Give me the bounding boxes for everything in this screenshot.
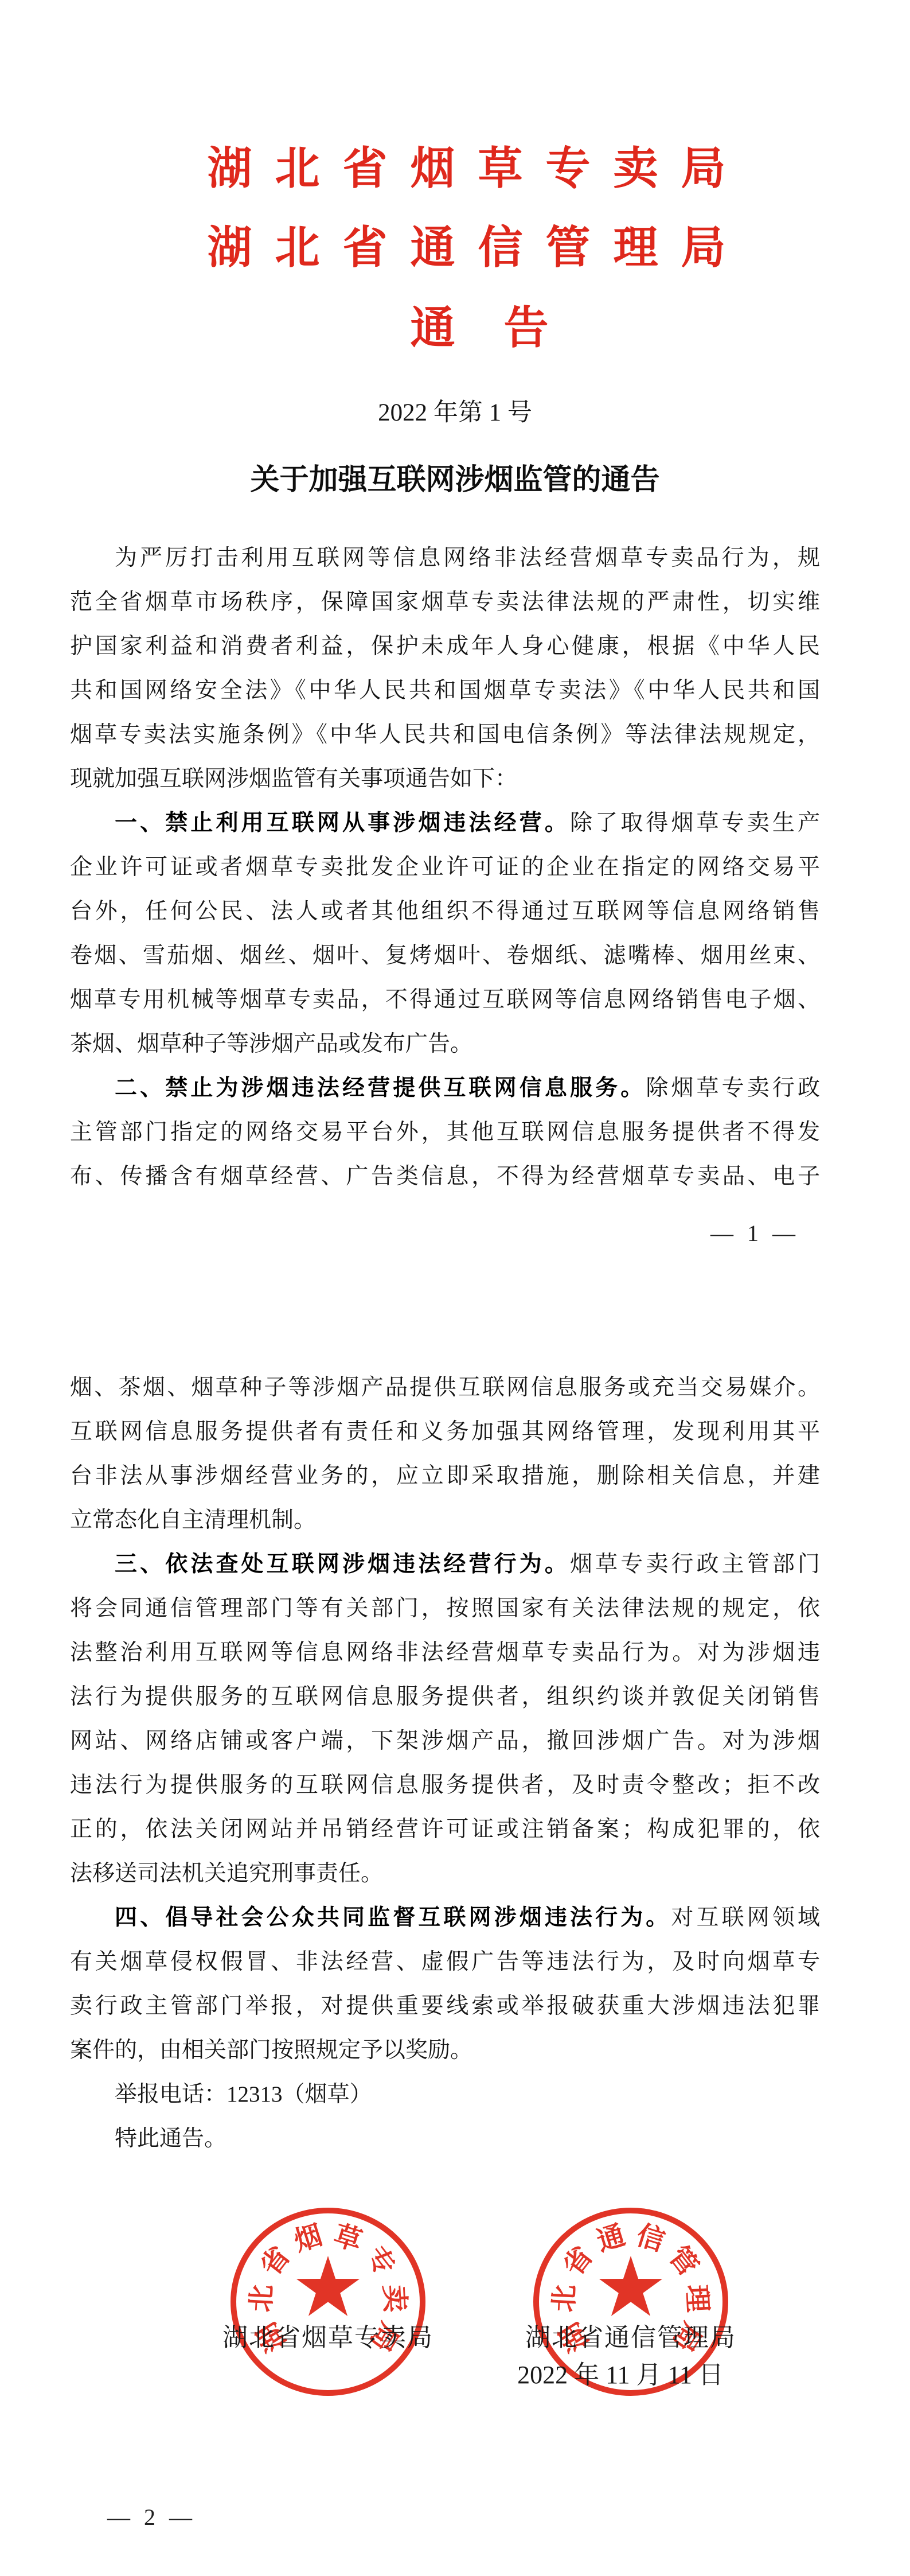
- svg-text:卖: 卖: [378, 2284, 410, 2313]
- body-line: 违法行为提供服务的互联网信息服务提供者，及时责令整改；拒不改: [70, 1763, 820, 1807]
- svg-text:北: 北: [246, 2284, 278, 2313]
- body-line: 主管部门指定的网络交易平台外，其他互联网信息服务提供者不得发: [70, 1110, 820, 1154]
- issue-date: 2022 年 11 月 11 日: [506, 2363, 735, 2388]
- closing-line: 特此通告。: [70, 2116, 820, 2161]
- star-icon: [599, 2256, 662, 2316]
- body-line: 法整治利用互联网等信息网络非法经营烟草专卖品行为。对为涉烟违: [70, 1631, 820, 1675]
- body-line: 卷烟、雪茄烟、烟丝、烟叶、复烤烟叶、卷烟纸、滤嘴棒、烟用丝束、: [70, 933, 820, 978]
- body-line: 共和国网络安全法》《中华人民共和国烟草专卖法》《中华人民共和国: [70, 668, 820, 713]
- svg-text:专: 专: [360, 2241, 401, 2281]
- body-line: 立常态化自主清理机制。: [70, 1498, 820, 1542]
- page-number-2: — 2 —: [101, 2506, 198, 2529]
- body-line: 烟草专卖法实施条例》《中华人民共和国电信条例》等法律法规规定，: [70, 713, 820, 757]
- body-line: 烟、茶烟、烟草种子等涉烟产品提供互联网信息服务或充当交易媒介。: [70, 1365, 820, 1410]
- body-line: 二、禁止为涉烟违法经营提供互联网信息服务。除烟草专卖行政: [70, 1066, 820, 1110]
- body-line: 法行为提供服务的互联网信息服务提供者，组织约谈并敦促关闭销售: [70, 1675, 820, 1719]
- body-line: 互联网信息服务提供者有责任和义务加强其网络管理，发现利用其平: [70, 1410, 820, 1454]
- body-line: 为严厉打击利用互联网等信息网络非法经营烟草专卖品行为，规: [70, 536, 820, 580]
- body-line: 茶烟、烟草种子等涉烟产品或发布广告。: [70, 1022, 820, 1066]
- body-line: 企业许可证或者烟草专卖批发企业许可证的企业在指定的网络交易平: [70, 845, 820, 889]
- document-type-title: 通告: [0, 306, 910, 351]
- issuer-title-communications: 湖北省通信管理局: [0, 225, 910, 270]
- svg-text:北: 北: [549, 2284, 580, 2313]
- body-line: 正的，依法关闭网站并吊销经营许可证或注销备案；构成犯罪的，依: [70, 1807, 820, 1851]
- body-line: 案件的，由相关部门按照规定予以奖励。: [70, 2028, 820, 2072]
- body-line: 卖行政主管部门举报，对提供重要线索或举报破获重大涉烟违法犯罪: [70, 1984, 820, 2028]
- page1-body: 为严厉打击利用互联网等信息网络非法经营烟草专卖品行为，规 范全省烟草市场秩序，保…: [70, 536, 820, 1198]
- body-line: 台非法从事涉烟经营业务的，应立即采取措施，删除相关信息，并建: [70, 1454, 820, 1498]
- signature-tobacco-bureau: 湖北省烟草专卖局: [213, 2325, 443, 2351]
- body-line: 将会同通信管理部门等有关部门，按照国家有关法律法规的规定，依: [70, 1586, 820, 1631]
- document-subject-title: 关于加强互联网涉烟监管的通告: [0, 463, 910, 498]
- notice-document: 湖北省烟草专卖局 湖北省通信管理局 通告 2022 年第 1 号 关于加强互联网…: [0, 0, 910, 2576]
- document-number: 2022 年第 1 号: [0, 398, 910, 428]
- body-line: 三、依法查处互联网涉烟违法经营行为。烟草专卖行政主管部门: [70, 1542, 820, 1586]
- svg-text:理: 理: [681, 2284, 713, 2313]
- page2-body: 烟、茶烟、烟草种子等涉烟产品提供互联网信息服务或充当交易媒介。 互联网信息服务提…: [70, 1365, 820, 2161]
- svg-text:省: 省: [558, 2241, 599, 2281]
- body-line: 护国家利益和消费者利益，保护未成年人身心健康，根据《中华人民: [70, 624, 820, 668]
- body-line: 范全省烟草市场秩序，保障国家烟草专卖法律法规的严肃性，切实维: [70, 580, 820, 624]
- body-line: 一、禁止利用互联网从事涉烟违法经营。除了取得烟草专卖生产: [70, 801, 820, 845]
- issuer-title-tobacco: 湖北省烟草专卖局: [0, 146, 910, 191]
- svg-text:省: 省: [255, 2241, 296, 2281]
- svg-text:管: 管: [663, 2241, 704, 2281]
- svg-text:信: 信: [633, 2220, 669, 2257]
- official-seal-tobacco: 湖 北 省 烟 草 专 卖 局: [225, 2201, 431, 2402]
- svg-text:草: 草: [330, 2220, 366, 2257]
- page-number-1: — 1 —: [704, 1222, 802, 1245]
- report-hotline-line: 举报电话：12313（烟草）: [70, 2072, 820, 2116]
- body-line: 网站、网络店铺或客户端，下架涉烟产品，撤回涉烟广告。对为涉烟: [70, 1719, 820, 1763]
- body-line: 台外，任何公民、法人或者其他组织不得通过互联网等信息网络销售: [70, 889, 820, 933]
- body-line: 现就加强互联网涉烟监管有关事项通告如下：: [70, 757, 820, 801]
- body-line: 有关烟草侵权假冒、非法经营、虚假广告等违法行为，及时向烟草专: [70, 1940, 820, 1984]
- body-line: 烟草专用机械等烟草专卖品，不得通过互联网等信息网络销售电子烟、: [70, 978, 820, 1022]
- body-line: 四、倡导社会公众共同监督互联网涉烟违法行为。对互联网领域: [70, 1896, 820, 1940]
- star-icon: [296, 2256, 360, 2316]
- body-line: 布、传播含有烟草经营、广告类信息，不得为经营烟草专卖品、电子: [70, 1154, 820, 1198]
- body-line: 法移送司法机关追究刑事责任。: [70, 1851, 820, 1896]
- svg-text:通: 通: [593, 2220, 629, 2257]
- svg-text:烟: 烟: [290, 2220, 326, 2257]
- signature-communications-bureau: 湖北省通信管理局: [516, 2325, 745, 2351]
